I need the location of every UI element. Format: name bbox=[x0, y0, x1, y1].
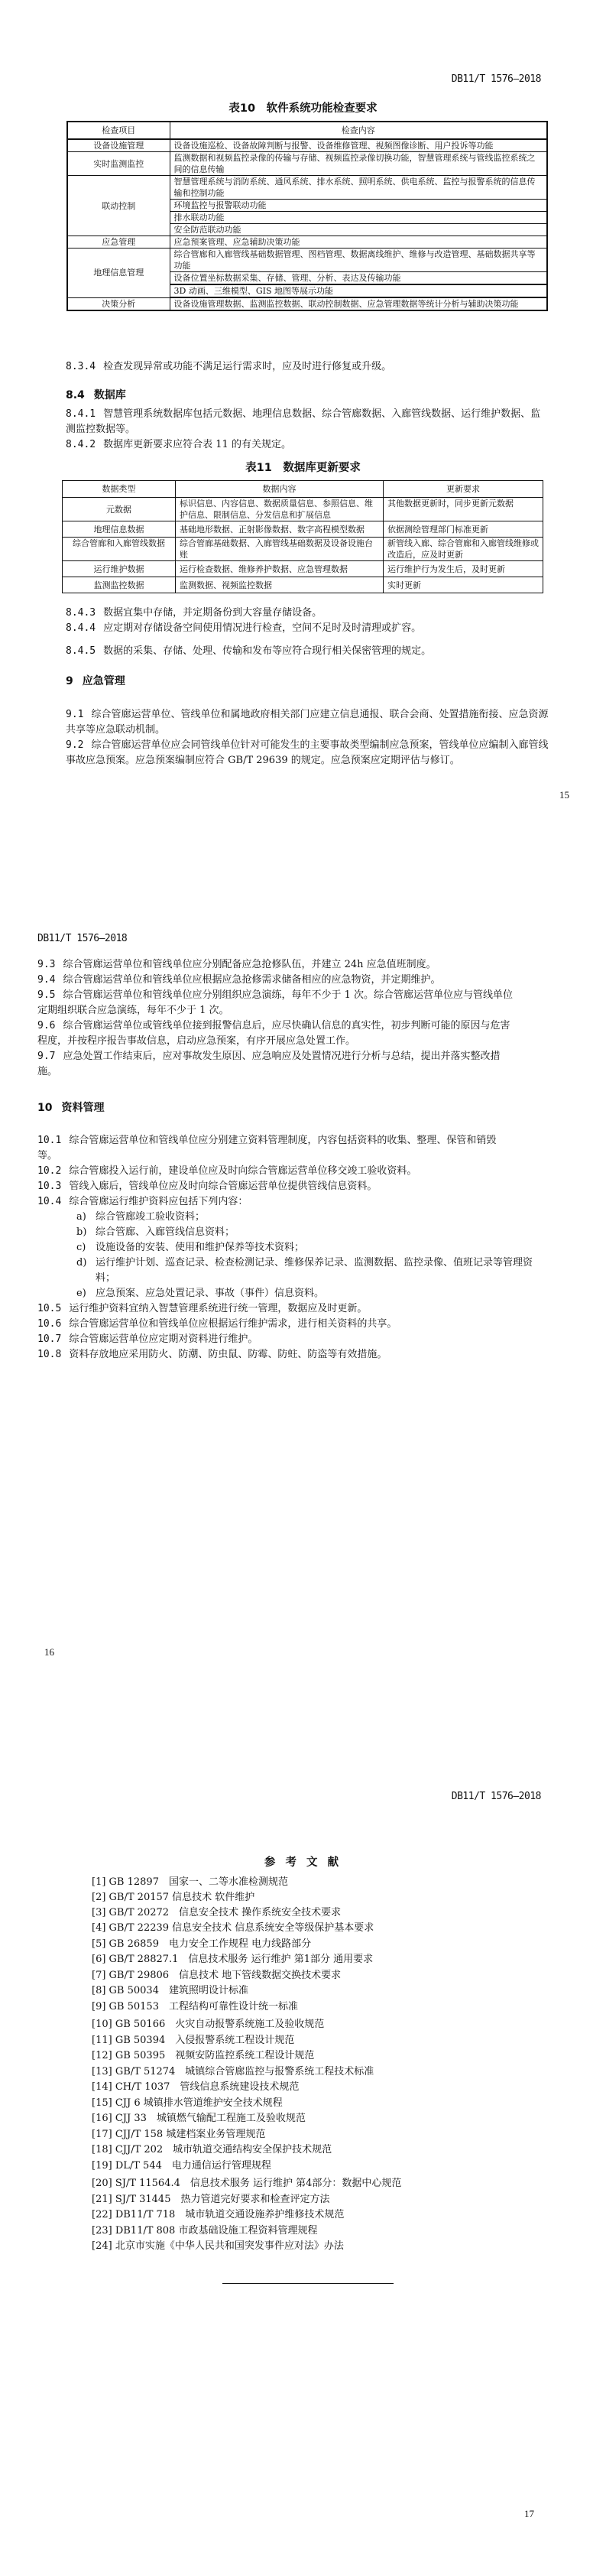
list-item-a: a)综合管廊竣工验收资料； bbox=[76, 1210, 535, 1225]
clause-9-3: 9.3综合管廊运营单位和管线单位应分别配备应急抢修队伍，并建立 24h 应急值班… bbox=[37, 957, 515, 973]
table11-title: 表11 数据库更新要求 bbox=[0, 459, 606, 475]
clause-text: 综合管廊运营单位和管线单位应根据应急抢修需求储备相应的应急物资，并定期维护。 bbox=[63, 974, 440, 986]
table11-header-row: 数据类型 数据内容 更新要求 bbox=[63, 481, 543, 498]
table-row: 实时监测监控 监测数据和视频监控录像的传输与存储、视频监控录像切换功能，智慧管理… bbox=[67, 152, 547, 176]
table10-header-item: 检查项目 bbox=[67, 122, 170, 139]
section-8-4-heading: 8.4数据库 bbox=[66, 387, 126, 402]
table11-content: 综合管廊基础数据、入廊管线基础数据及设备设施台账 bbox=[176, 538, 384, 561]
reference-item: [1] GB 12897 国家一、二等水准检测规范 bbox=[92, 1875, 288, 1890]
table10-content: 监测数据和视频监控录像的传输与存储、视频监控录像切换功能，智慧管理系统与管线监控… bbox=[170, 152, 547, 176]
end-rule-divider bbox=[222, 2283, 394, 2284]
list-text: 综合管廊、入廊管线信息资料； bbox=[96, 1226, 235, 1238]
table10: 检查项目 检查内容 设备设施管理 设备设施巡检、设备故障判断与报警、设备维修管理… bbox=[66, 121, 548, 311]
clause-number: 10.4 bbox=[37, 1196, 61, 1207]
table11-content: 监测数据、视频监控数据 bbox=[176, 577, 384, 593]
clause-number: 8.4.2 bbox=[66, 439, 96, 450]
clause-8-4-3: 8.4.3数据宜集中存储，并定期备份到大容量存储设备。 bbox=[66, 606, 547, 621]
reference-item: [18] CJJ/T 202 城市轨道交通结构安全保护技术规范 bbox=[92, 2142, 332, 2158]
table10-content: 智慧管理系统与消防系统、通风系统、排水系统、照明系统、供电系统、监控与报警系统的… bbox=[170, 176, 547, 200]
clause-8-4-5: 8.4.5数据的采集、存储、处理、传输和发布等应符合现行相关保密管理的规定。 bbox=[66, 644, 547, 659]
clause-text: 综合管廊运营单位应定期对资料进行维护。 bbox=[69, 1333, 258, 1345]
reference-item: [16] CJJ 33 城镇燃气输配工程施工及验收规范 bbox=[92, 2111, 306, 2126]
clause-text: 资料存放地应采用防火、防潮、防虫鼠、防霉、防蛀、防盗等有效措施。 bbox=[69, 1349, 387, 1360]
table11-header-requirement: 更新要求 bbox=[384, 481, 543, 498]
list-marker: c) bbox=[76, 1240, 96, 1256]
page15-header-code: DB11/T 1576—2018 bbox=[452, 73, 541, 85]
table-row: 综合管廊和入廊管线数据 综合管廊基础数据、入廊管线基础数据及设备设施台账 新管线… bbox=[63, 538, 543, 561]
list-item-c: c)设施设备的安装、使用和维护保养等技术资料； bbox=[76, 1240, 535, 1256]
table10-item: 设备设施管理 bbox=[67, 139, 170, 152]
clause-8-4-4: 8.4.4应定期对存储设备空间使用情况进行检查，空间不足时及时清理或扩容。 bbox=[66, 621, 547, 636]
clause-10-1: 10.1综合管廊运营单位和管线单位应分别建立资料管理制度，内容包括资料的收集、整… bbox=[37, 1133, 515, 1164]
reference-item: [14] CH/T 1037 管线信息系统建设技术规范 bbox=[92, 2080, 299, 2095]
table10-header-row: 检查项目 检查内容 bbox=[67, 122, 547, 139]
clause-text: 数据的采集、存储、处理、传输和发布等应符合现行相关保密管理的规定。 bbox=[103, 645, 431, 657]
page17-header-code: DB11/T 1576—2018 bbox=[452, 1791, 541, 1802]
clause-number: 9.1 bbox=[66, 709, 83, 720]
clause-9-6: 9.6综合管廊运营单位或管线单位接到报警信息后，应尽快确认信息的真实性，初步判断… bbox=[37, 1018, 515, 1049]
reference-item: [2] GB/T 20157 信息技术 软件维护 bbox=[92, 1890, 254, 1905]
reference-item: [10] GB 50166 火灾自动报警系统施工及验收规范 bbox=[92, 2017, 324, 2032]
reference-item: [6] GB/T 28827.1 信息技术服务 运行维护 第1部分 通用要求 bbox=[92, 1952, 373, 1967]
table-row: 运行维护数据 运行检查数据、维修养护数据、应急管理数据 运行维护行为发生后，及时… bbox=[63, 561, 543, 577]
table10-item: 地理信息管理 bbox=[67, 249, 170, 298]
section-title: 资料管理 bbox=[61, 1102, 104, 1114]
list-marker: a) bbox=[76, 1210, 96, 1225]
clause-9-7: 9.7应急处置工作结束后，应对事故发生原因、应急响应及处置情况进行分析与总结，提… bbox=[37, 1049, 515, 1080]
reference-item: [24] 北京市实施《中华人民共和国突发事件应对法》办法 bbox=[92, 2239, 344, 2254]
reference-item: [12] GB 50395 视频安防监控系统工程设计规范 bbox=[92, 2048, 314, 2064]
clause-number: 10.8 bbox=[37, 1349, 61, 1360]
clause-text: 运行维护资料宜纳入智慧管理系统进行统一管理，数据应及时更新。 bbox=[69, 1303, 367, 1314]
table10-item: 决策分析 bbox=[67, 297, 170, 310]
clause-8-4-1: 8.4.1智慧管理系统数据库包括元数据、地理信息数据、综合管廊数据、入廊管线数据… bbox=[66, 407, 547, 437]
table10-content: 环境监控与报警联动功能 bbox=[170, 200, 547, 212]
reference-item: [3] GB/T 20272 信息安全技术 操作系统安全技术要求 bbox=[92, 1905, 341, 1921]
table10-content: 设备位置坐标数据采集、存储、管理、分析、表达及传输功能 bbox=[170, 272, 547, 285]
clause-text: 综合管廊运营单位和管线单位应分别组织应急演练，每年不少于 1 次。综合管廊运营单… bbox=[37, 989, 513, 1016]
table10-item: 联动控制 bbox=[67, 176, 170, 236]
reference-item: [9] GB 50153 工程结构可靠性设计统一标准 bbox=[92, 1999, 298, 2015]
clause-text: 数据库更新要求应符合表 11 的有关规定。 bbox=[103, 439, 291, 450]
clause-text: 综合管廊运营单位和管线单位应分别配备应急抢修队伍，并建立 24h 应急值班制度。 bbox=[63, 959, 436, 970]
clause-number: 10.3 bbox=[37, 1181, 61, 1192]
table10-content: 3D 动画、三维模型、GIS 地图等展示功能 bbox=[170, 284, 547, 297]
table10-header-content: 检查内容 bbox=[170, 122, 547, 139]
list-marker: d) bbox=[76, 1256, 96, 1271]
clause-text: 综合管廊运营单位应会同管线单位针对可能发生的主要事故类型编制应急预案，管线单位应… bbox=[66, 739, 549, 766]
section-number: 9 bbox=[66, 675, 73, 687]
table-row: 设备设施管理 设备设施巡检、设备故障判断与报警、设备维修管理、视频图像诊断、用户… bbox=[67, 139, 547, 152]
clause-9-5: 9.5综合管廊运营单位和管线单位应分别组织应急演练，每年不少于 1 次。综合管廊… bbox=[37, 988, 515, 1018]
section-title: 数据库 bbox=[94, 389, 126, 401]
table10-content: 安全防范联动功能 bbox=[170, 224, 547, 236]
clause-10-5: 10.5运行维护资料宜纳入智慧管理系统进行统一管理，数据应及时更新。 bbox=[37, 1301, 515, 1317]
clause-number: 10.2 bbox=[37, 1165, 61, 1177]
clause-text: 数据宜集中存储，并定期备份到大容量存储设备。 bbox=[103, 607, 322, 619]
table11-requirement: 依据测绘管理部门标准更新 bbox=[384, 521, 543, 538]
clause-number: 10.5 bbox=[37, 1303, 61, 1314]
section-number: 8.4 bbox=[66, 389, 85, 401]
reference-item: [22] DB11/T 718 城市轨道交通设施养护维修技术规范 bbox=[92, 2207, 344, 2223]
reference-item: [11] GB 50394 入侵报警系统工程设计规范 bbox=[92, 2033, 294, 2048]
table-row: 地理信息数据 基础地形数据、正射影像数据、数字高程模型数据 依据测绘管理部门标准… bbox=[63, 521, 543, 538]
reference-item: [15] CJJ 6 城镇排水管道维护安全技术规程 bbox=[92, 2096, 283, 2111]
clause-text: 应定期对存储设备空间使用情况进行检查，空间不足时及时清理或扩容。 bbox=[103, 622, 421, 634]
reference-item: [7] GB/T 29806 信息技术 地下管线数据交换技术要求 bbox=[92, 1968, 341, 1983]
clause-text: 综合管廊运营单位或管线单位接到报警信息后，应尽快确认信息的真实性，初步判断可能的… bbox=[37, 1020, 510, 1047]
list-marker: e) bbox=[76, 1286, 96, 1301]
clause-number: 8.4.1 bbox=[66, 408, 96, 420]
table11-requirement: 实时更新 bbox=[384, 577, 543, 593]
table11-content: 标识信息、内容信息、数据质量信息、参照信息、维护信息、限制信息、分发信息和扩展信… bbox=[176, 498, 384, 521]
reference-item: [23] DB11/T 808 市政基础设施工程资料管理规程 bbox=[92, 2224, 317, 2239]
table11-type: 地理信息数据 bbox=[63, 521, 176, 538]
clause-number: 8.4.4 bbox=[66, 622, 96, 634]
clause-text: 管线入廊后，管线单位应及时向综合管廊运营单位提供管线信息资料。 bbox=[69, 1181, 377, 1192]
reference-item: [4] GB/T 22239 信息安全技术 信息系统安全等级保护基本要求 bbox=[92, 1921, 374, 1936]
list-marker: b) bbox=[76, 1225, 96, 1240]
list-item-e: e)应急预案、应急处置记录、事故（事件）信息资料。 bbox=[76, 1286, 535, 1301]
list-text: 运行维护计划、巡查记录、检查检测记录、维修保养记录、监测数据、监控录像、值班记录… bbox=[96, 1257, 533, 1284]
page-number-15: 15 bbox=[559, 789, 569, 801]
table10-content: 应急预案管理、应急辅助决策功能 bbox=[170, 236, 547, 249]
section-10-heading: 10资料管理 bbox=[37, 1100, 104, 1115]
table-row: 监测监控数据 监测数据、视频监控数据 实时更新 bbox=[63, 577, 543, 593]
clause-8-3-4: 8.3.4检查发现异常或功能不满足运行需求时，应及时进行修复或升级。 bbox=[66, 359, 547, 375]
table11-requirement: 运行维护行为发生后，及时更新 bbox=[384, 561, 543, 577]
clause-number: 9.6 bbox=[37, 1020, 55, 1031]
reference-item: [19] DL/T 544 电力通信运行管理规程 bbox=[92, 2159, 271, 2174]
clause-text: 综合管廊投入运行前，建设单位应及时向综合管廊运营单位移交竣工验收资料。 bbox=[69, 1165, 416, 1177]
table11: 数据类型 数据内容 更新要求 元数据 标识信息、内容信息、数据质量信息、参照信息… bbox=[62, 480, 543, 593]
page-number-16: 16 bbox=[44, 1646, 54, 1658]
clause-number: 10.6 bbox=[37, 1318, 61, 1330]
clause-number: 9.4 bbox=[37, 974, 55, 986]
clause-number: 9.5 bbox=[37, 989, 55, 1001]
clause-number: 10.7 bbox=[37, 1333, 61, 1345]
table11-content: 运行检查数据、维修养护数据、应急管理数据 bbox=[176, 561, 384, 577]
table11-type: 元数据 bbox=[63, 498, 176, 521]
section-number: 10 bbox=[37, 1102, 52, 1114]
clause-9-4: 9.4综合管廊运营单位和管线单位应根据应急抢修需求储备相应的应急物资，并定期维护… bbox=[37, 973, 515, 988]
clause-10-3: 10.3管线入廊后，管线单位应及时向综合管廊运营单位提供管线信息资料。 bbox=[37, 1179, 515, 1194]
reference-item: [20] SJ/T 11564.4 信息技术服务 运行维护 第4部分：数据中心规… bbox=[92, 2176, 401, 2191]
table-row: 应急管理 应急预案管理、应急辅助决策功能 bbox=[67, 236, 547, 249]
clause-8-4-2: 8.4.2数据库更新要求应符合表 11 的有关规定。 bbox=[66, 437, 547, 453]
table11-type: 综合管廊和入廊管线数据 bbox=[63, 538, 176, 561]
clause-number: 9.3 bbox=[37, 959, 55, 970]
table11-type: 监测监控数据 bbox=[63, 577, 176, 593]
reference-item: [17] CJJ/T 158 城建档案业务管理规范 bbox=[92, 2127, 265, 2142]
page16-header-code: DB11/T 1576—2018 bbox=[37, 933, 127, 944]
reference-item: [13] GB/T 51274 城镇综合管廊监控与报警系统工程技术标准 bbox=[92, 2064, 374, 2080]
table10-title: 表10 软件系统功能检查要求 bbox=[0, 99, 606, 115]
table11-header-content: 数据内容 bbox=[176, 481, 384, 498]
clause-number: 10.1 bbox=[37, 1135, 61, 1146]
clause-10-4: 10.4综合管廊运行维护资料应包括下列内容： bbox=[37, 1194, 515, 1210]
table10-content: 设备设施管理数据、监测监控数据、联动控制数据、应急管理数据等统计分析与辅助决策功… bbox=[170, 297, 547, 310]
table10-item: 实时监测监控 bbox=[67, 152, 170, 176]
clause-number: 9.2 bbox=[66, 739, 83, 751]
clause-text: 检查发现异常或功能不满足运行需求时，应及时进行修复或升级。 bbox=[103, 361, 391, 372]
clause-number: 9.7 bbox=[37, 1051, 55, 1062]
table10-item: 应急管理 bbox=[67, 236, 170, 249]
table-row: 决策分析 设备设施管理数据、监测监控数据、联动控制数据、应急管理数据等统计分析与… bbox=[67, 297, 547, 310]
table11-header-type: 数据类型 bbox=[63, 481, 176, 498]
clause-number: 8.4.5 bbox=[66, 645, 96, 657]
table-row: 元数据 标识信息、内容信息、数据质量信息、参照信息、维护信息、限制信息、分发信息… bbox=[63, 498, 543, 521]
clause-text: 智慧管理系统数据库包括元数据、地理信息数据、综合管廊数据、入廊管线数据、运行维护… bbox=[66, 408, 540, 435]
table11-requirement: 新管线入廊、综合管廊和入廊管线维修或改造后，应及时更新 bbox=[384, 538, 543, 561]
clause-text: 综合管廊运行维护资料应包括下列内容： bbox=[69, 1196, 248, 1207]
reference-item: [21] SJ/T 31445 热力管道完好要求和检查评定方法 bbox=[92, 2192, 329, 2207]
clause-10-2: 10.2综合管廊投入运行前，建设单位应及时向综合管廊运营单位移交竣工验收资料。 bbox=[37, 1164, 515, 1179]
page-number-17: 17 bbox=[524, 2508, 534, 2520]
table11-type: 运行维护数据 bbox=[63, 561, 176, 577]
clause-10-8: 10.8资料存放地应采用防火、防潮、防虫鼠、防霉、防蛀、防盗等有效措施。 bbox=[37, 1347, 515, 1363]
section-title: 应急管理 bbox=[83, 675, 125, 687]
list-text: 设施设备的安装、使用和维护保养等技术资料； bbox=[96, 1242, 304, 1253]
list-text: 综合管廊竣工验收资料； bbox=[96, 1211, 205, 1223]
table10-content: 综合管廊和入廊管线基础数据管理、图档管理、数据离线维护、维修与改造管理、基础数据… bbox=[170, 249, 547, 272]
clause-number: 8.4.3 bbox=[66, 607, 96, 619]
clause-9-1: 9.1综合管廊运营单位、管线单位和属地政府相关部门应建立信息通报、联合会商、处置… bbox=[66, 707, 549, 738]
list-text: 应急预案、应急处置记录、事故（事件）信息资料。 bbox=[96, 1288, 324, 1299]
list-item-d: d)运行维护计划、巡查记录、检查检测记录、维修保养记录、监测数据、监控录像、值班… bbox=[76, 1256, 535, 1286]
clause-10-6: 10.6综合管廊运营单位和管线单位应根据运行维护需求，进行相关资料的共享。 bbox=[37, 1317, 515, 1332]
list-item-b: b)综合管廊、入廊管线信息资料； bbox=[76, 1225, 535, 1240]
table10-content: 设备设施巡检、设备故障判断与报警、设备维修管理、视频图像诊断、用户投诉等功能 bbox=[170, 139, 547, 152]
section-9-heading: 9应急管理 bbox=[66, 673, 125, 688]
clause-9-2: 9.2综合管廊运营单位应会同管线单位针对可能发生的主要事故类型编制应急预案，管线… bbox=[66, 738, 549, 768]
clause-number: 8.3.4 bbox=[66, 361, 96, 372]
clause-text: 综合管廊运营单位、管线单位和属地政府相关部门应建立信息通报、联合会商、处置措施衔… bbox=[66, 709, 549, 736]
clause-text: 综合管廊运营单位和管线单位应分别建立资料管理制度，内容包括资料的收集、整理、保管… bbox=[37, 1135, 496, 1161]
clause-text: 应急处置工作结束后，应对事故发生原因、应急响应及处置情况进行分析与总结，提出并落… bbox=[37, 1051, 501, 1077]
table10-content: 排水联动功能 bbox=[170, 212, 547, 224]
clause-text: 综合管廊运营单位和管线单位应根据运行维护需求，进行相关资料的共享。 bbox=[69, 1318, 397, 1330]
reference-item: [5] GB 26859 电力安全工作规程 电力线路部分 bbox=[92, 1937, 311, 1952]
table11-requirement: 其他数据更新时，同步更新元数据 bbox=[384, 498, 543, 521]
table-row: 地理信息管理 综合管廊和入廊管线基础数据管理、图档管理、数据离线维护、维修与改造… bbox=[67, 249, 547, 272]
reference-item: [8] GB 50034 建筑照明设计标准 bbox=[92, 1983, 248, 1999]
clause-10-7: 10.7综合管廊运营单位应定期对资料进行维护。 bbox=[37, 1332, 515, 1347]
table-row: 联动控制 智慧管理系统与消防系统、通风系统、排水系统、照明系统、供电系统、监控与… bbox=[67, 176, 547, 200]
table11-content: 基础地形数据、正射影像数据、数字高程模型数据 bbox=[176, 521, 384, 538]
references-title: 参 考 文 献 bbox=[0, 1853, 606, 1869]
